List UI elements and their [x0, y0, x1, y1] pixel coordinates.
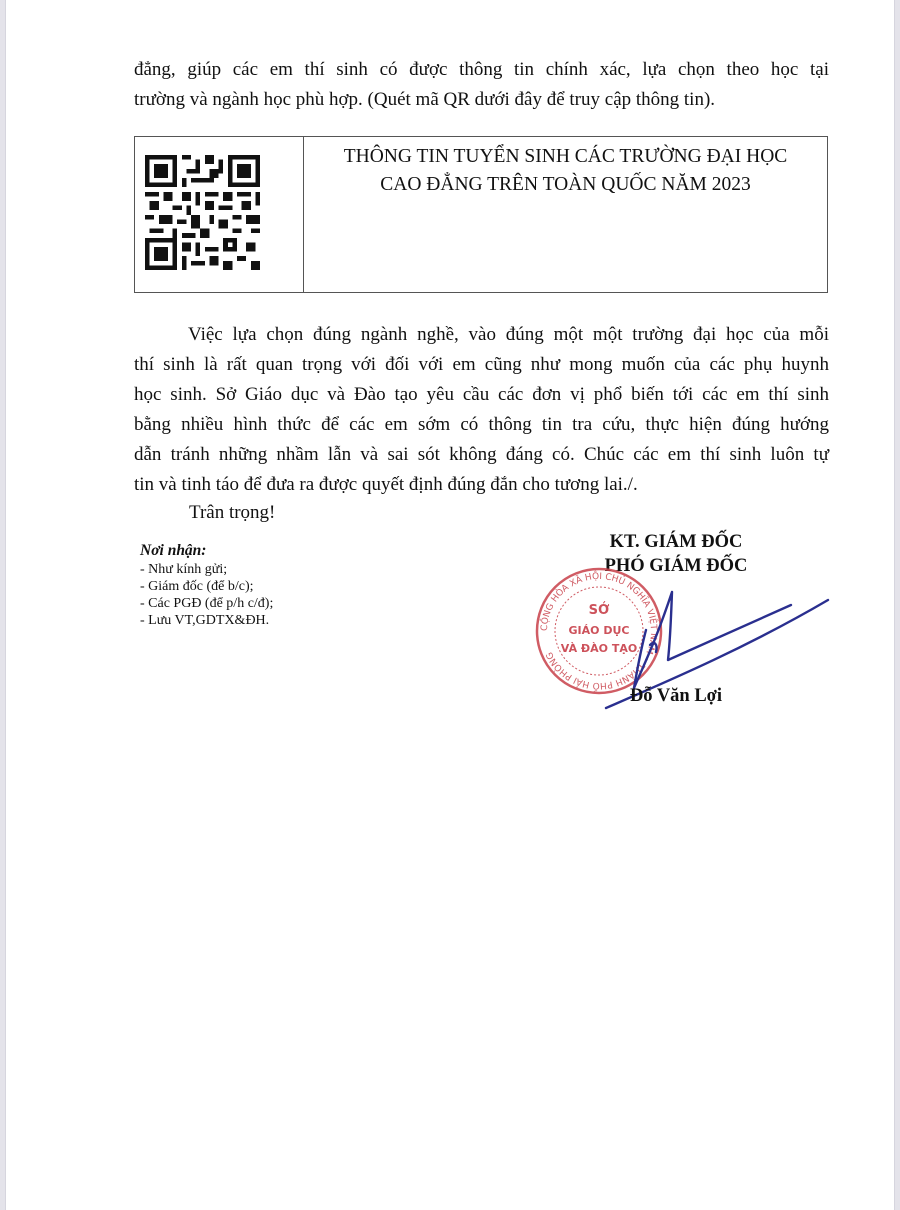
closing-regards: Trân trọng!: [189, 502, 275, 524]
body-line: bằng nhiều hình thức để các em sớm có th…: [134, 410, 829, 440]
intro-line: trường và ngành học phù hợp. (Quét mã QR…: [134, 85, 829, 115]
intro-paragraph: đẳng, giúp các em thí sinh có được thông…: [134, 55, 829, 115]
admission-info-box: THÔNG TIN TUYỂN SINH CÁC TRƯỜNG ĐẠI HỌC …: [134, 136, 828, 293]
recipients-heading: Nơi nhận:: [140, 541, 273, 561]
recipient-item: - Giám đốc (để b/c);: [140, 578, 273, 595]
title-line: THÔNG TIN TUYỂN SINH CÁC TRƯỜNG ĐẠI HỌC: [304, 143, 827, 171]
recipients-list: Nơi nhận: - Như kính gửi; - Giám đốc (để…: [140, 541, 273, 629]
qr-code-icon[interactable]: [145, 155, 260, 270]
body-line: tin và tinh táo để đưa ra được quyết địn…: [134, 470, 829, 500]
document-page: đẳng, giúp các em thí sinh có được thông…: [5, 0, 895, 1210]
body-line: thí sinh là rất quan trọng với đối với e…: [134, 350, 829, 380]
title-line: CAO ĐẲNG TRÊN TOÀN QUỐC NĂM 2023: [304, 171, 827, 199]
recipient-item: - Lưu VT,GDTX&ĐH.: [140, 612, 273, 629]
qr-cell: [135, 137, 304, 292]
intro-line: đẳng, giúp các em thí sinh có được thông…: [134, 55, 829, 85]
signature-title-line1: KT. GIÁM ĐỐC: [566, 530, 786, 554]
recipient-item: - Như kính gửi;: [140, 561, 273, 578]
body-paragraph: Việc lựa chọn đúng ngành nghề, vào đúng …: [134, 320, 829, 500]
body-line: Việc lựa chọn đúng ngành nghề, vào đúng …: [134, 320, 829, 350]
body-line: dẫn tránh những nhầm lẫn và sai sót khôn…: [134, 440, 829, 470]
signer-name: Đỗ Văn Lợi: [566, 686, 786, 707]
admission-info-title: THÔNG TIN TUYỂN SINH CÁC TRƯỜNG ĐẠI HỌC …: [304, 137, 827, 292]
recipient-item: - Các PGĐ (để p/h c/đ);: [140, 595, 273, 612]
body-line: học sinh. Sở Giáo dục và Đào tạo yêu cầu…: [134, 380, 829, 410]
